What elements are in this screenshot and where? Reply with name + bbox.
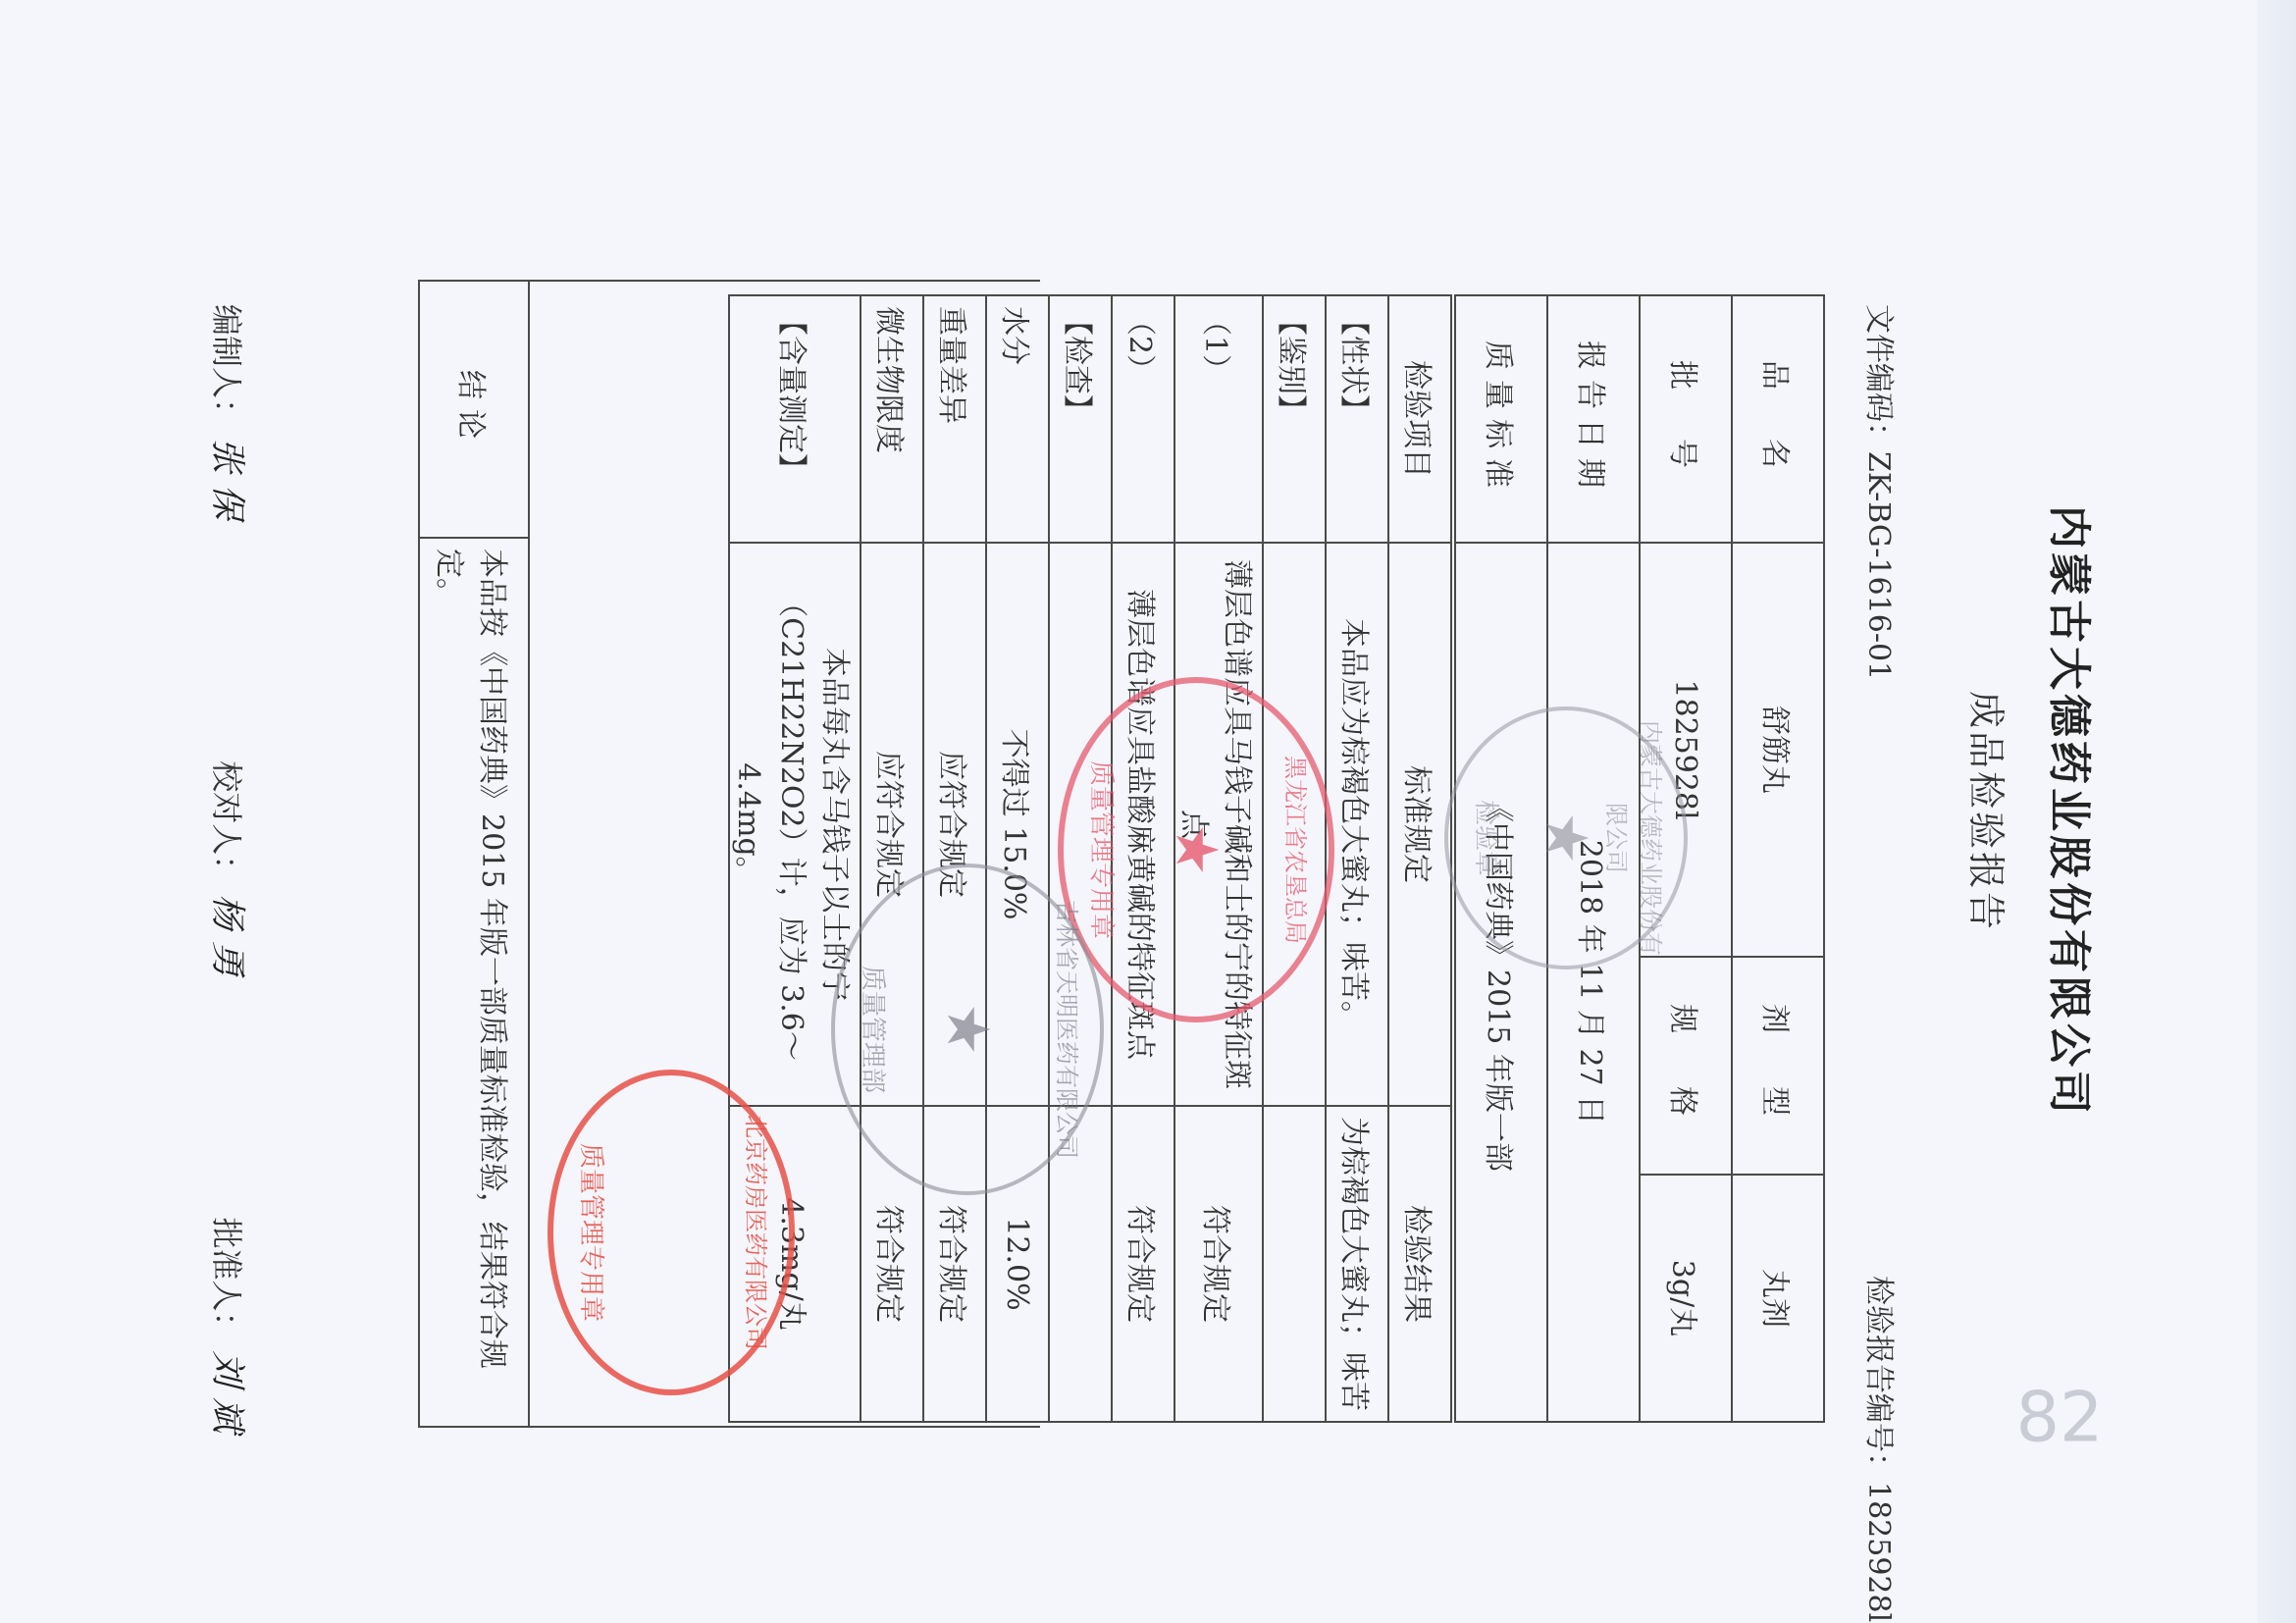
table-header-row: 检验项目 标准规定 检验结果 [1388, 295, 1451, 1422]
conclusion-text: 本品按《中国药典》2015 年版一部质量标准检验，结果符合规定。 [419, 538, 529, 1427]
stamp-ring-text: 吉林省天明医药有限公司 [1052, 867, 1086, 1191]
conclusion-table: 结论 本品按《中国药典》2015 年版一部质量标准检验，结果符合规定。 [418, 280, 530, 1428]
checked-by: 校对人：杨 勇 [205, 760, 255, 975]
stamp-bottom-text: 质量管理专用章 [575, 1075, 611, 1389]
batch-label: 批 号 [1640, 295, 1732, 543]
file-number: 文件编码：ZK-BG-1616-01 [1860, 304, 1904, 680]
red-seal-stamp: 黑龙江省农垦总局 ★ 质量管理专用章 [1058, 677, 1334, 1022]
signature-row: 编制人：张 保 校对人：杨 勇 批准人：刘 斌 [205, 304, 255, 1433]
test-standard: 本品应为棕褐色大蜜丸；味苦。 [1326, 543, 1388, 1106]
report-number: 检验报告编号：1825928l [1860, 1276, 1904, 1622]
dosage-form-label: 剂 型 [1732, 957, 1824, 1175]
standard-label: 质量标准 [1455, 295, 1547, 543]
header-standard: 标准规定 [1388, 543, 1451, 1106]
report-page: 内蒙古大德药业股份有限公司 成品检验报告 文件编码：ZK-BG-1616-01 … [0, 0, 2296, 1623]
report-date: 2018 年 11 月 27 日 [1547, 543, 1640, 1422]
star-icon: ★ [933, 1003, 1002, 1056]
checked-label: 校对人： [208, 760, 245, 886]
product-name-label: 品 名 [1732, 295, 1824, 543]
conclusion-label: 结论 [419, 281, 529, 538]
product-name: 舒筋丸 [1732, 543, 1824, 957]
stamp-ring-text: 黑龙江省农垦总局 [1280, 683, 1315, 1017]
test-item: 【鉴别】 [1263, 295, 1326, 543]
test-item: （1） [1174, 295, 1263, 543]
spec-label: 规 格 [1640, 957, 1732, 1175]
test-item: 【检查】 [1049, 295, 1112, 543]
table-row: 品 名 舒筋丸 剂 型 丸剂 [1732, 295, 1824, 1422]
test-result [1263, 1106, 1326, 1422]
prepared-by: 编制人：张 保 [205, 304, 255, 519]
spec: 3g/丸 [1640, 1175, 1732, 1422]
approved-signature: 刘 斌 [207, 1351, 247, 1433]
test-item: （2） [1112, 295, 1174, 543]
star-icon: ★ [1532, 811, 1600, 864]
star-icon: ★ [1162, 823, 1230, 876]
stamp-ring-text: 北京药房医药有限公司 [741, 1075, 775, 1389]
checked-signature: 杨 勇 [207, 894, 247, 975]
approved-label: 批准人： [208, 1218, 245, 1343]
prepared-signature: 张 保 [207, 438, 247, 519]
dosage-form: 丸剂 [1732, 1175, 1824, 1422]
quality-standard: 《中国药典》2015 年版一部 [1455, 543, 1547, 1422]
inspection-stamp: 内蒙古大德药业股份有限公司 ★ 检验章 [1444, 707, 1688, 969]
pencil-page-mark: 82 [2015, 1378, 2103, 1458]
test-item: 【性状】 [1326, 295, 1388, 543]
table-row: 【性状】 本品应为棕褐色大蜜丸；味苦。 为棕褐色大蜜丸；味苦 [1326, 295, 1388, 1422]
document-title: 成品检验报告 [1962, 0, 2016, 1623]
test-result: 为棕褐色大蜜丸；味苦 [1326, 1106, 1388, 1422]
test-result: 符合规定 [1112, 1106, 1174, 1422]
stamp-bottom-text: 检验章 [1470, 710, 1506, 966]
prepared-label: 编制人： [208, 304, 245, 430]
quality-dept-stamp: 吉林省天明医药有限公司 ★ 质量管理部 [831, 864, 1104, 1195]
test-result: 符合规定 [1174, 1106, 1263, 1422]
stamp-ring-text: 内蒙古大德药业股份有限公司 [1601, 710, 1670, 966]
stamp-bottom-text: 质量管理部 [857, 867, 893, 1191]
header-item: 检验项目 [1388, 295, 1451, 543]
header-result: 检验结果 [1388, 1106, 1451, 1422]
report-date-label: 报告日期 [1547, 295, 1640, 543]
quality-management-stamp: 北京药房医药有限公司 质量管理专用章 [548, 1070, 795, 1395]
approved-by: 批准人：刘 斌 [205, 1218, 255, 1433]
table-row: 结论 本品按《中国药典》2015 年版一部质量标准检验，结果符合规定。 [419, 281, 529, 1427]
